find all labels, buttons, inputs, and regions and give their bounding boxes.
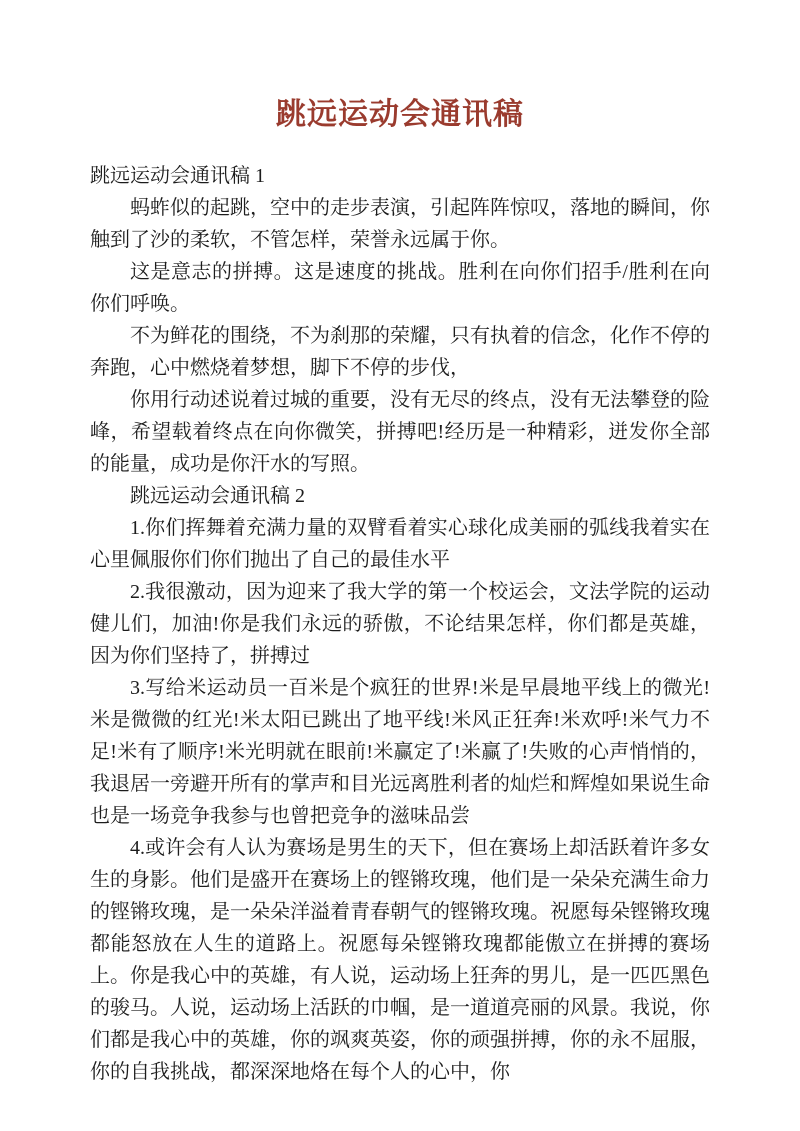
document-page: 跳远运动会通讯稿 跳远运动会通讯稿 1 蚂蚱似的起跳，空中的走步表演，引起阵阵惊… bbox=[0, 0, 800, 1131]
paragraph-item-2: 2.我很激动，因为迎来了我大学的第一个校运会，文法学院的运动健儿们，加油!你是我… bbox=[90, 576, 710, 672]
paragraph-item-1: 1.你们挥舞着充满力量的双臂看着实心球化成美丽的弧线我着实在心里佩服你们你们抛出… bbox=[90, 512, 710, 576]
paragraph: 你用行动述说着过城的重要，没有无尽的终点，没有无法攀登的险峰，希望载着终点在向你… bbox=[90, 384, 710, 480]
paragraph: 不为鲜花的围绕，不为刹那的荣耀，只有执着的信念，化作不停的奔跑，心中燃烧着梦想，… bbox=[90, 320, 710, 384]
document-title: 跳远运动会通讯稿 bbox=[90, 96, 710, 134]
paragraph-item-3: 3.写给米运动员一百米是个疯狂的世界!米是早晨地平线上的微光!米是微微的红光!米… bbox=[90, 672, 710, 832]
section-heading-2: 跳远运动会通讯稿 2 bbox=[90, 480, 710, 512]
paragraph: 蚂蚱似的起跳，空中的走步表演，引起阵阵惊叹，落地的瞬间，你触到了沙的柔软，不管怎… bbox=[90, 192, 710, 256]
paragraph-item-4: 4.或许会有人认为赛场是男生的天下，但在赛场上却活跃着许多女生的身影。他们是盛开… bbox=[90, 832, 710, 1088]
paragraph: 这是意志的拼搏。这是速度的挑战。胜利在向你们招手/胜利在向你们呼唤。 bbox=[90, 256, 710, 320]
section-heading-1: 跳远运动会通讯稿 1 bbox=[90, 160, 710, 192]
